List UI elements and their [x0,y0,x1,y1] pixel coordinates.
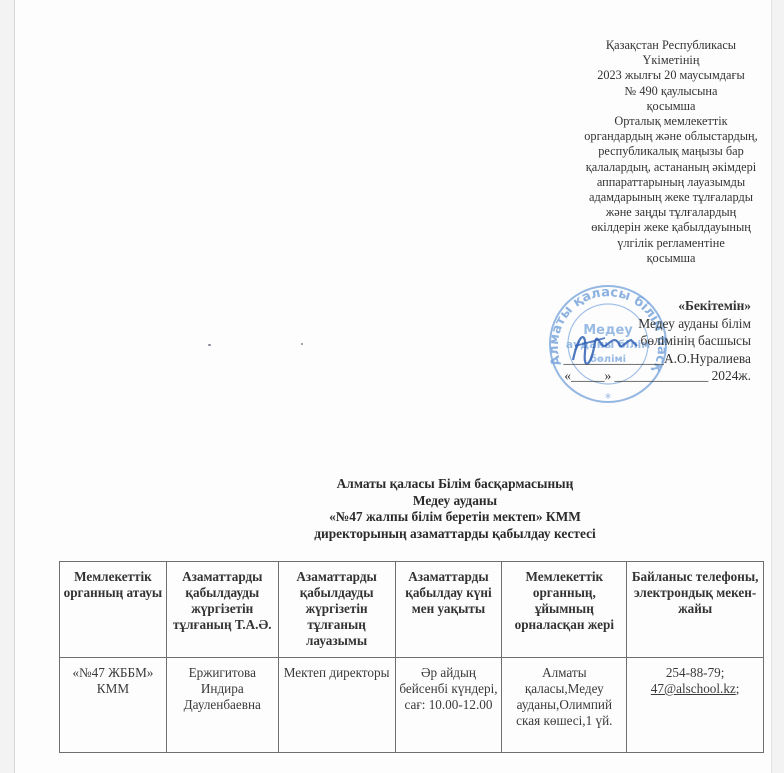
table-header-row: Мемлекеттік органның атауы Азаматтарды қ… [60,562,764,658]
column-header: Азаматтарды қабылдау күні мен уақыты [395,562,502,658]
reception-schedule-table: Мемлекеттік органның атауы Азаматтарды қ… [59,561,764,753]
column-header: Азаматтарды қабылдауды жүргізетін тұлған… [166,562,278,658]
appendix-line: адамдарының жеке тұлғаларды [571,190,771,205]
cell-schedule: Әр айдың бейсенбі күндері, сағ: 10.00-12… [395,658,502,753]
appendix-line: органдардың және облыстардың, [571,129,771,144]
appendix-line: Үкіметінің [571,53,771,68]
appendix-line: 2023 жылғы 20 маусымдағы [571,68,771,83]
document-title: Алматы қаласы Білім басқармасының Медеу … [215,476,695,542]
appendix-line: аппараттарының лауазымды [571,175,771,190]
approval-line: бөлімінің басшысы [555,332,751,350]
cell-position: Мектеп директоры [278,658,395,753]
title-line: Медеу ауданы [215,493,695,510]
cell-address: Алматы қаласы,Медеу ауданы,Олимпий ская … [502,658,627,753]
cell-name: Ержигитова Индира Дауленбаевна [166,658,278,753]
appendix-line: және заңды тұлғалардың [571,205,771,220]
appendix-line: Қазақстан Республикасы [571,38,771,53]
table-row: «№47 ЖББМ» КММ Ержигитова Индира Дауленб… [60,658,764,753]
appendix-note: Қазақстан Республикасы Үкіметінің 2023 ж… [571,38,771,266]
email-suffix: ; [736,681,740,696]
title-line: директорының азаматтарды қабылдау кестес… [215,526,695,543]
title-line: Алматы қаласы Білім басқармасының [215,476,695,493]
appendix-line: қосымша [571,251,771,266]
svg-text:*: * [605,391,611,405]
appendix-line: қосымша [571,99,771,114]
cell-contact: 254-88-79; 47@alschool.kz; [627,658,764,753]
appendix-line: Орталық мемлекеттік [571,114,771,129]
contact-phone: 254-88-79; [630,665,760,681]
appendix-line: қалалардың, астананың әкімдері [571,160,771,175]
column-header: Азаматтарды қабылдауды жүргізетін тұлған… [278,562,395,658]
approval-line: Медеу ауданы білім [555,315,751,333]
column-header: Мемлекеттік органның атауы [60,562,167,658]
column-header: Мемлекеттік органның, ұйымның орналасқан… [502,562,627,658]
column-header: Байланыс телефоны, электрондық мекен-жай… [627,562,764,658]
approval-heading: «Бекітемін» [555,297,751,315]
appendix-line: өкілдерін жеке қабылдауының [571,220,771,235]
contact-email-link[interactable]: 47@alschool.kz [651,681,736,696]
scan-speck [208,344,211,346]
appendix-line: республикалық маңызы бар [571,144,771,159]
approval-date: «_____» ______________ 2024ж. [555,367,751,385]
scan-speck [301,343,303,345]
appendix-line: үлгілік регламентіне [571,236,771,251]
title-line: «№47 жалпы білім беретін мектеп» КММ [215,509,695,526]
approval-block: «Бекітемін» Медеу ауданы білім бөлімінің… [555,297,751,385]
appendix-line: № 490 қаулысына [571,84,771,99]
approval-signer: _______________А.О.Нуралиева [555,350,751,368]
cell-org: «№47 ЖББМ» КММ [60,658,167,753]
